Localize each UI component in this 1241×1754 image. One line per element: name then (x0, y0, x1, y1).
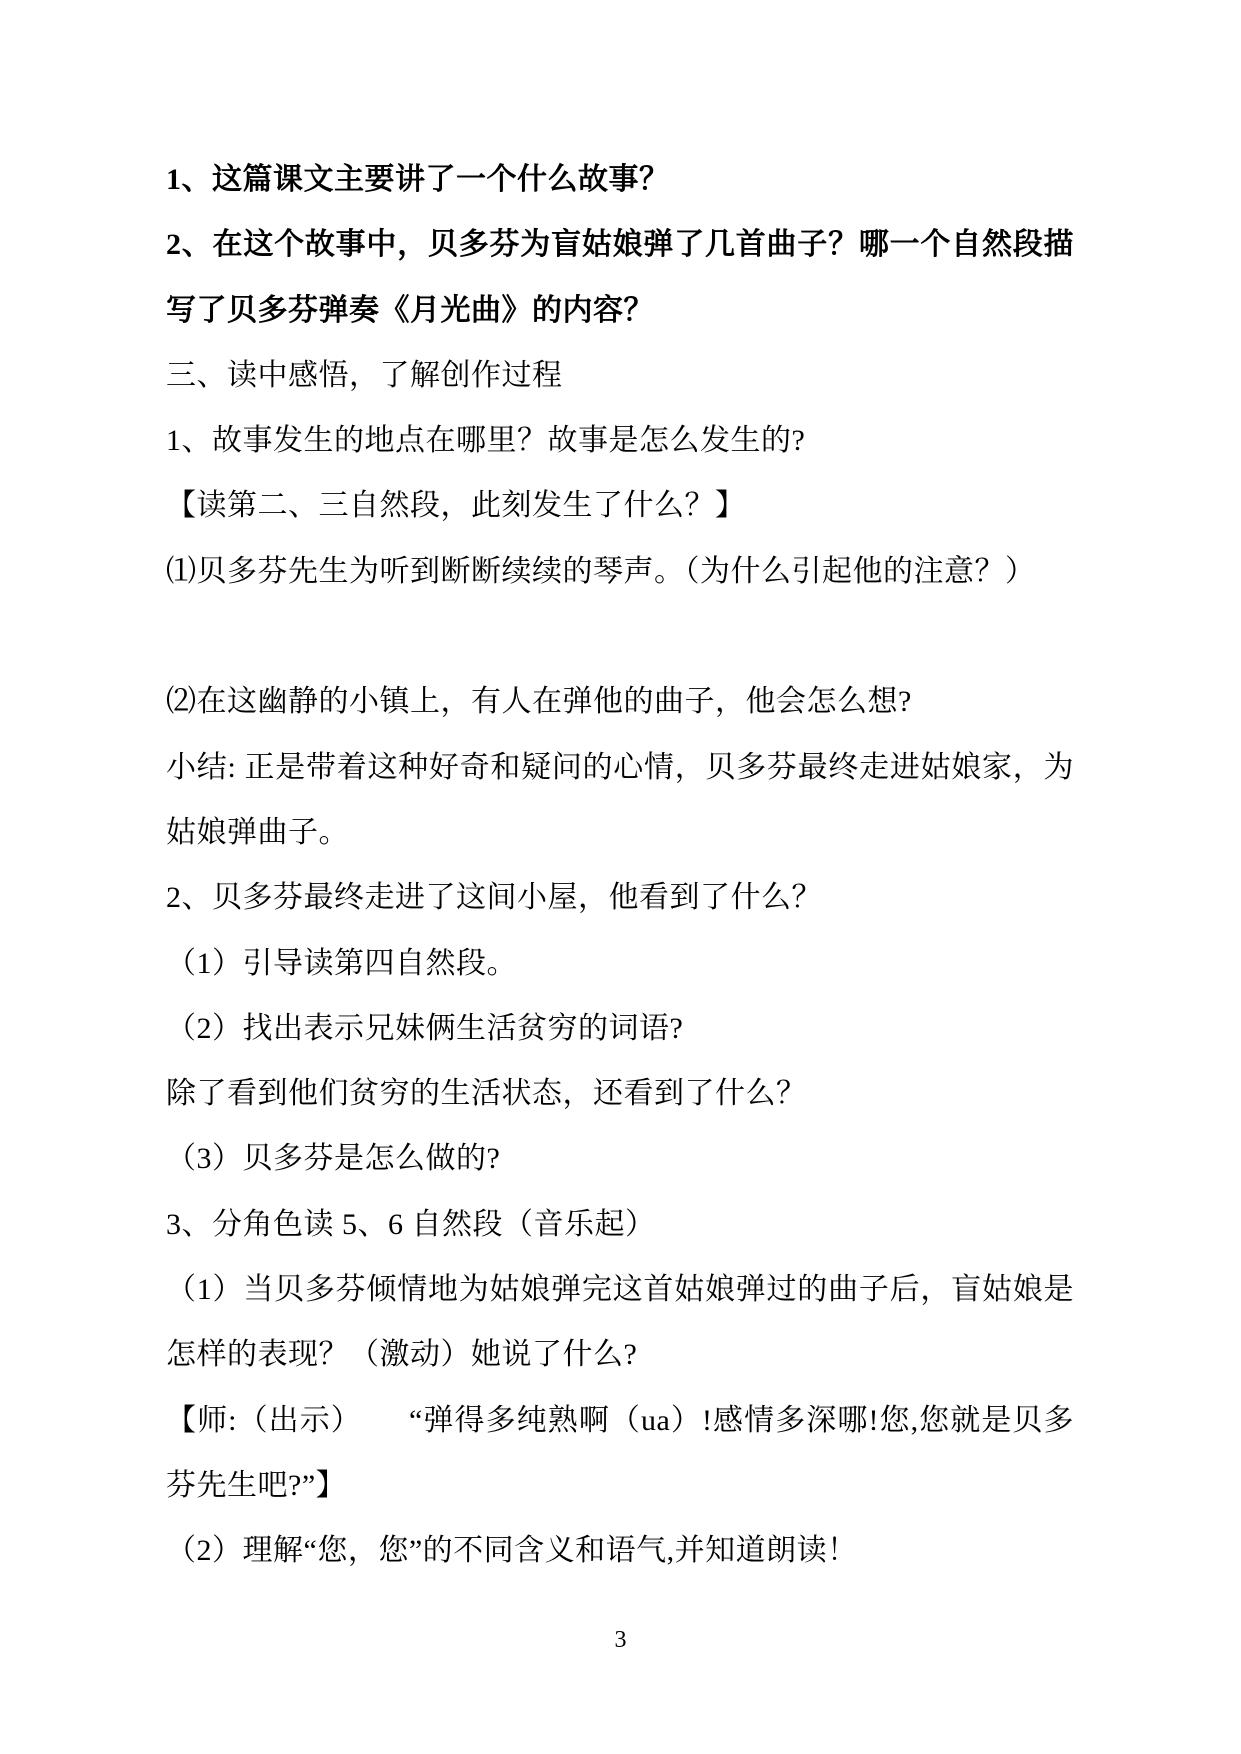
document-page: 1、这篇课文主要讲了一个什么故事？2、在这个故事中，贝多芬为盲姑娘弹了几首曲子？… (0, 0, 1241, 1754)
text-line: ⑵在这幽静的小镇上，有人在弹他的曲子，他会怎么想? (166, 669, 1074, 734)
text-line: （3）贝多芬是怎么做的? (166, 1126, 1074, 1191)
text-line: （1）当贝多芬倾情地为姑娘弹完这首姑娘弹过的曲子后，盲姑娘是 (166, 1257, 1074, 1322)
text-line: 姑娘弹曲子。 (166, 800, 1074, 865)
text-line: （2）找出表示兄妹俩生活贫穷的词语? (166, 996, 1074, 1061)
text-line: 芬先生吧?”】 (166, 1453, 1074, 1518)
text-line: 除了看到他们贫穷的生活状态，还看到了什么？ (166, 1061, 1074, 1126)
text-line: 1、故事发生的地点在哪里？故事是怎么发生的? (166, 408, 1074, 473)
text-line: 【师:（出示） “弹得多纯熟啊（ua）!感情多深哪!您,您就是贝多 (166, 1388, 1074, 1453)
document-body: 1、这篇课文主要讲了一个什么故事？2、在这个故事中，贝多芬为盲姑娘弹了几首曲子？… (166, 147, 1074, 1584)
text-line: 三、读中感悟，了解创作过程 (166, 343, 1074, 408)
text-line: 写了贝多芬弹奏《月光曲》的内容？ (166, 278, 1074, 343)
text-line: （2）理解“您，您”的不同含义和语气,并知道朗读！ (166, 1518, 1074, 1583)
text-line: 小结: 正是带着这种好奇和疑问的心情，贝多芬最终走进姑娘家，为 (166, 735, 1074, 800)
page-number: 3 (0, 1624, 1241, 1656)
text-line: ⑴贝多芬先生为听到断断续续的琴声。（为什么引起他的注意？） (166, 539, 1074, 604)
text-line: 1、这篇课文主要讲了一个什么故事？ (166, 147, 1074, 212)
blank-line (166, 604, 1074, 669)
text-line: 3、分角色读 5、6 自然段（音乐起） (166, 1192, 1074, 1257)
text-line: 怎样的表现？（激动）她说了什么? (166, 1322, 1074, 1387)
text-line: 2、在这个故事中，贝多芬为盲姑娘弹了几首曲子？哪一个自然段描 (166, 212, 1074, 277)
text-line: 2、贝多芬最终走进了这间小屋，他看到了什么？ (166, 865, 1074, 930)
text-line: 【读第二、三自然段，此刻发生了什么？】 (166, 473, 1074, 538)
text-line: （1）引导读第四自然段。 (166, 931, 1074, 996)
